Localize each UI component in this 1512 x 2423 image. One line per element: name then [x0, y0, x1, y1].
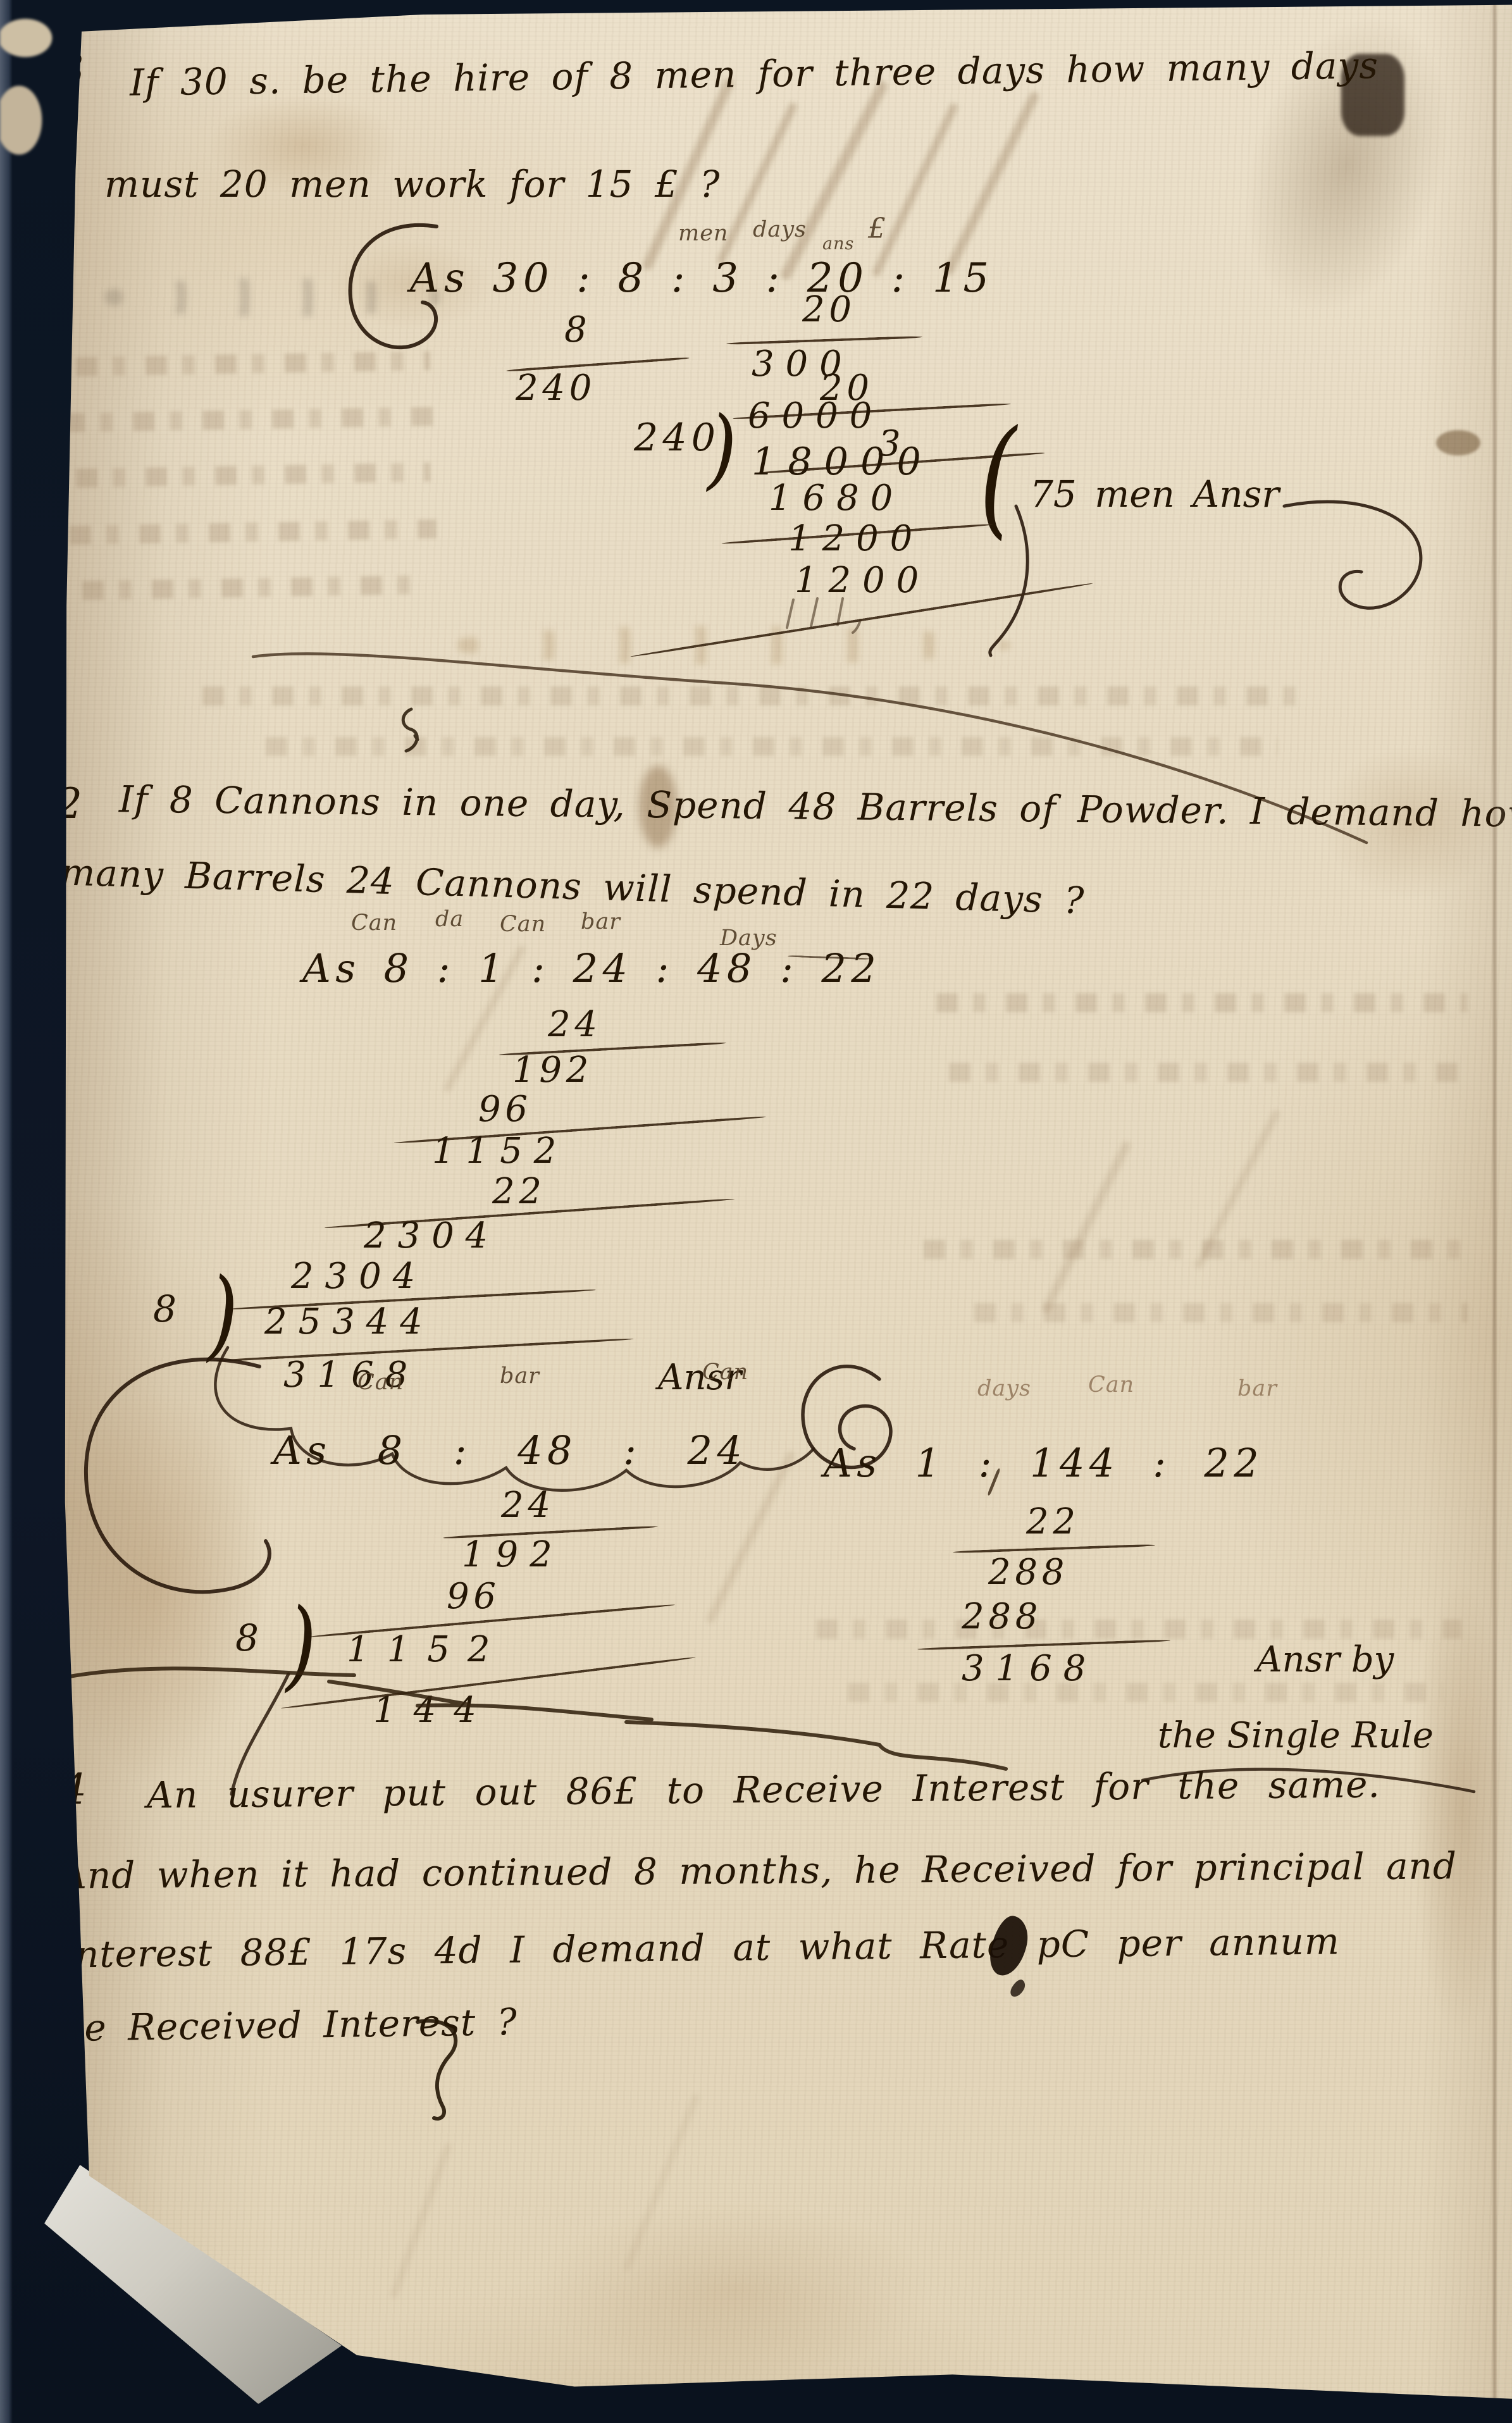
- bleed-through-text: [816, 1620, 1461, 1639]
- problem2-statement-line2: many Barrels 24 Cannons will spend in 22…: [60, 853, 1085, 919]
- p2-div-dividend: 25344: [264, 1304, 434, 1340]
- p1-div-dividend: 18000: [752, 443, 933, 481]
- problem4-line3: Interest 88£ 17s 4d I demand at what Rat…: [60, 1923, 1340, 1973]
- p3l-w3: 96: [447, 1579, 500, 1614]
- p1-mult1-multiplier: 8: [564, 313, 591, 348]
- problem4-line2: And when it had continued 8 months, he R…: [60, 1847, 1457, 1893]
- remainder-marks: [784, 595, 886, 639]
- p2-w3: 96: [478, 1092, 532, 1127]
- bleed-through-text: [63, 407, 443, 432]
- bleed-through-text: [974, 1303, 1468, 1322]
- scanned-manuscript: { "colors": { "paper": "#e8dcc4", "ink":…: [0, 0, 1512, 2423]
- bleed-through-text: [82, 575, 411, 600]
- p1-column-label-men: men: [678, 223, 728, 245]
- problem1-statement-line1: If 30 s. be the hire of 8 men for three …: [130, 47, 1379, 101]
- p3r-answer-line1: Ansr by: [1256, 1642, 1394, 1678]
- bleed-through-text: [76, 462, 430, 488]
- p3l-w1: 24: [501, 1488, 555, 1523]
- bleed-through-text: [936, 993, 1468, 1012]
- p1-mult1-product: 240: [516, 371, 596, 406]
- bleed-through-text: [949, 1063, 1468, 1082]
- p2-proportion: As 8 : 1 : 24 : 48 : 22: [302, 949, 881, 988]
- division-bracket-open: ): [707, 399, 737, 500]
- bleed-through-streak: [871, 102, 959, 277]
- problem4-line1: An usurer put out 86£ to Receive Interes…: [147, 1766, 1380, 1813]
- p2-w1: 24: [548, 1007, 602, 1043]
- p1-column-label-ans: ans: [822, 235, 854, 252]
- p2-w2: 192: [512, 1053, 593, 1088]
- right-edge-crease: [1493, 0, 1496, 2423]
- p2-w7: 2304: [291, 1259, 426, 1294]
- p1-answer: 75 men Ansr: [1030, 476, 1279, 512]
- p2-w5: 22: [492, 1174, 546, 1210]
- ink-blot: [1008, 1978, 1028, 2000]
- ink-mark: [392, 705, 430, 756]
- p3r-answer-line2: the Single Rule: [1158, 1718, 1434, 1754]
- problem1-statement-line2: must 20 men work for 15 £ ?: [104, 166, 720, 202]
- p2-div-divisor: 8: [153, 1291, 181, 1327]
- p1-div-step1: 1680: [769, 481, 904, 516]
- bleed-through-text: [924, 1240, 1468, 1259]
- bleed-through-streak: [1041, 1140, 1132, 1315]
- answer-tail-flourish: [1278, 487, 1442, 652]
- bracket-tail-flourish: [987, 506, 1063, 658]
- p3r-w1: 22: [1026, 1504, 1080, 1540]
- bleed-through-streak: [623, 2093, 700, 2272]
- p1-div-step3: 1200: [795, 563, 930, 598]
- p3r-column-label-2: Can: [1088, 1374, 1134, 1396]
- p2-column-label-4: bar: [581, 911, 621, 933]
- calligraphic-flourish: [76, 1348, 291, 1613]
- p3r-column-label-1: days: [977, 1378, 1031, 1400]
- p1-div-step2: 1200: [788, 521, 924, 557]
- bleed-through-streak: [1194, 1109, 1281, 1270]
- p3l-column-label-3: Can: [702, 1361, 748, 1384]
- stain: [538, 2202, 930, 2379]
- calligraphic-flourish: [784, 1354, 924, 1518]
- p3r-column-label-3: bar: [1237, 1378, 1277, 1400]
- p3r-proportion: As 1 : 144 : 22: [824, 1444, 1263, 1483]
- bleed-through-text: [70, 519, 437, 545]
- p1-column-label-days: days: [753, 219, 807, 241]
- p1-mult2-multiplier: 20: [802, 292, 856, 328]
- bleed-through-streak: [390, 2142, 452, 2299]
- p1-mult3-product: 6000: [748, 399, 883, 434]
- scanner-edge: [0, 0, 13, 2423]
- problem4-number: 4: [60, 1769, 87, 1811]
- p1-column-label-pound: £: [868, 215, 886, 243]
- p2-w4: 1152: [432, 1134, 567, 1169]
- p3l-proportion: As 8 : 48 : 24: [273, 1431, 747, 1470]
- p3r-w2: 288: [988, 1555, 1069, 1590]
- problem2-number: 2: [56, 783, 82, 825]
- p2-column-label-3: Can: [500, 914, 546, 936]
- paper-tear: [1436, 430, 1480, 455]
- p3r-w3: 288: [962, 1599, 1042, 1635]
- manuscript-page: 3 If 30 s. be the hire of 8 men for thre…: [0, 0, 1512, 2423]
- p3l-column-label-2: bar: [500, 1365, 540, 1387]
- p2-w6: 2304: [364, 1218, 499, 1254]
- p1-proportion: As 30 : 8 : 3 : 20 : 15: [410, 258, 994, 299]
- bleed-through-streak: [943, 90, 1041, 276]
- p3l-w2: 192: [462, 1537, 564, 1573]
- question-flourish: [405, 2012, 481, 2126]
- p3l-column-label-1: Can: [357, 1372, 404, 1394]
- p2-column-label-1: Can: [351, 912, 397, 934]
- right-edge-highlight: [1497, 0, 1512, 2423]
- p2-column-label-2: da: [435, 908, 464, 931]
